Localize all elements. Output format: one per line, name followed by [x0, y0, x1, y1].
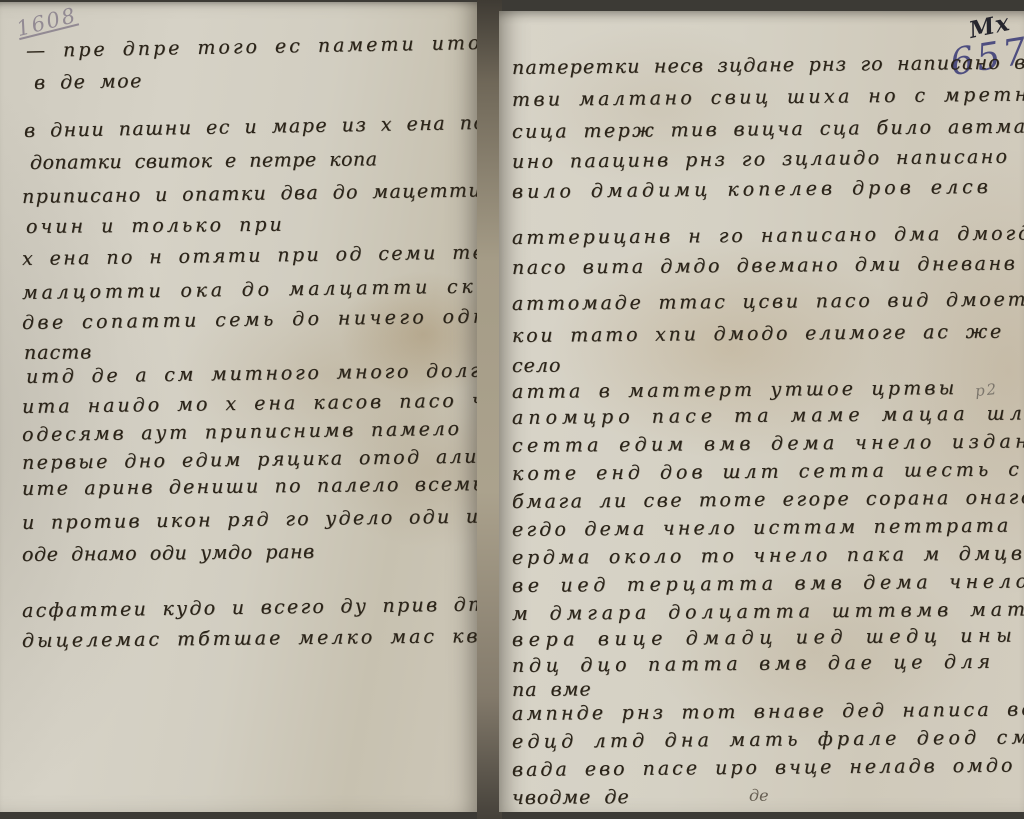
- handwriting-line: в днии пашни ес и маре из х ена по лу: [24, 113, 526, 141]
- handwriting-line: одесямв аут приписнимв памело втол: [22, 419, 541, 445]
- handwriting-line: допатки свиток е петре копа: [30, 150, 378, 173]
- handwriting-line: село: [512, 357, 562, 376]
- handwriting-line: апомцро пасе та маме мацаа шлт: [512, 404, 1024, 428]
- manuscript-photo: 1608 — пре дпре того ес памети итого 2в …: [0, 0, 1024, 819]
- handwriting-line: оде днамо оди умдо ранв: [22, 543, 315, 565]
- handwriting-line: в де мое: [34, 72, 143, 93]
- handwriting-line: чводме де: [512, 788, 630, 808]
- margin-note: р2: [974, 380, 999, 400]
- handwriting-line: патеретки несв зцдане рнз го написано в: [512, 54, 1024, 78]
- handwriting-line: м дмгара долцатта шттвмв мата: [512, 600, 1024, 624]
- handwriting-line: сетта едим вмв дема чнело изданц: [512, 432, 1024, 456]
- handwriting-line: тви малтано свиц шиха но с мретны: [512, 85, 1024, 110]
- handwriting-line: кои тато хпи дмодо елимоге ас же: [512, 323, 1004, 346]
- handwriting-line: сица терж тив вицча сца било автмас: [512, 117, 1024, 142]
- handwriting-line: — пре дпре того ес памети итого 2: [26, 33, 540, 61]
- handwriting-line: аттерицанв н го написано дма дмогд: [512, 224, 1024, 248]
- handwriting-line: вада ево пасе иро вчце неладв омдо: [512, 757, 1016, 780]
- handwriting-line: пдц дцо патта вмв дае це для: [512, 653, 995, 676]
- handwriting-line: ампнде рнз тот внаве дед написа вед: [512, 700, 1024, 724]
- catchword: де: [749, 786, 769, 805]
- handwriting-line: ино паацинв рнз го зцлаидо написано: [512, 148, 1010, 172]
- right-page: Мх 657 р2 патеретки несв зцдане рнз го н…: [499, 11, 1024, 812]
- handwriting-line: дыцелемас тбтшае мелко мас кв смо: [22, 627, 542, 651]
- handwriting-line: паств: [24, 343, 92, 363]
- handwriting-line: ве иед терцатта вмв дема чнело: [512, 572, 1024, 596]
- handwriting-line: ита наидо мо х ена касов пасо чва: [22, 391, 515, 417]
- handwriting-line: аттомаде ттас цсви пасо вид дмоетце: [512, 290, 1024, 314]
- handwriting-line: вера вице дмадц иед шедц ины: [512, 627, 1017, 650]
- handwriting-line: очин и только при: [26, 216, 285, 237]
- handwriting-line: и против икон ряд го удело оди ини св: [22, 507, 551, 533]
- handwriting-line: атта в маттерт утшое цртвы: [512, 379, 957, 402]
- handwriting-line: ердма около то чнело пака м дмцвд: [512, 544, 1024, 568]
- handwriting-line: две сопатти семь до ничего одним: [22, 307, 524, 333]
- handwriting-line: егдо дема чнело исттам петтрата дов: [512, 516, 1024, 540]
- handwriting-line: коте енд дов шлт сетта шесть сто: [512, 460, 1024, 484]
- handwriting-line: ите аринв дениши по палело всемь е: [22, 475, 513, 499]
- handwriting-line: бмага ли све тоте егоре сорана онаго: [512, 488, 1024, 512]
- left-page: 1608 — пре дпре того ес памети итого 2в …: [0, 2, 481, 812]
- handwriting-line: вило дмадимц копелев дров елсв: [512, 178, 992, 202]
- handwriting-line: едцд лтд дна мать фрале деод смь: [512, 728, 1024, 752]
- handwriting-line: первые дно едим ряцика отод али х ко: [22, 447, 549, 473]
- handwriting-line: па вме: [512, 680, 592, 700]
- handwriting-line: пасо вита дмдо двемано дми дневанв: [512, 255, 1017, 278]
- pencil-inscription: 1608: [14, 3, 79, 41]
